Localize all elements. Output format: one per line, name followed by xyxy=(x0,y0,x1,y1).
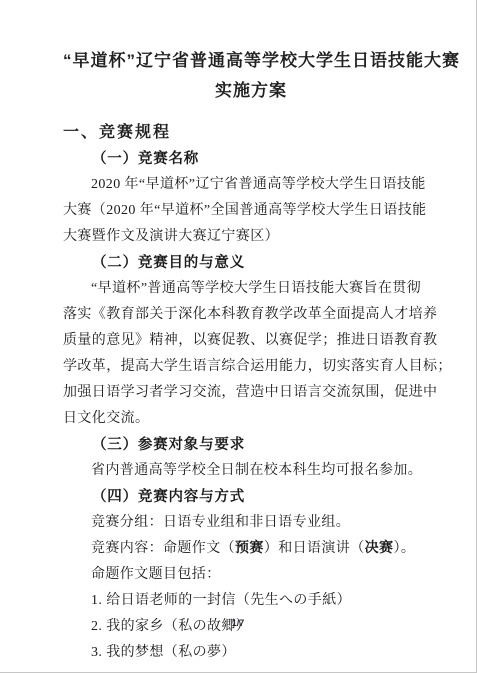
text-line: 1. 给日语老师的一封信（先生への手紙） xyxy=(63,588,439,614)
section-heading: 一、竞赛规程 xyxy=(63,119,439,146)
subsection-heading: （二）竞赛目的与意义 xyxy=(63,250,439,276)
text-line: 加强日语学习者学习交流，营造中日语言交流氛围，促进中 xyxy=(63,380,439,406)
document-page: “早道杯”辽宁省普通高等学校大学生日语技能大赛 实施方案 一、竞赛规程（一）竞赛… xyxy=(0,0,477,673)
page-number: 1/7 xyxy=(232,618,245,628)
subsection-heading: （一）竞赛名称 xyxy=(63,146,439,172)
document-title-line-1: “早道杯”辽宁省普通高等学校大学生日语技能大赛 xyxy=(63,46,439,76)
text-line: 日文化交流。 xyxy=(63,406,439,432)
text-line: 2020 年“早道杯”辽宁省普通高等学校大学生日语技能 xyxy=(63,172,439,198)
text-line: 质量的意见》精神，以赛促教、以赛促学；推进日语教育教 xyxy=(63,328,439,354)
text-line: 竞赛分组：日语专业组和非日语专业组。 xyxy=(63,510,439,536)
text-line: 省内普通高等学校全日制在校本科生均可报名参加。 xyxy=(63,458,439,484)
document-title-line-2: 实施方案 xyxy=(63,76,439,106)
text-line: 学改革，提高大学生语言综合运用能力，切实落实育人目标； xyxy=(63,354,439,380)
text-line: 命题作文题目包括： xyxy=(63,562,439,588)
subsection-heading: （四）竞赛内容与方式 xyxy=(63,484,439,510)
text-line: 落实《教育部关于深化本科教育教学改革全面提高人才培养 xyxy=(63,302,439,328)
document-content: “早道杯”辽宁省普通高等学校大学生日语技能大赛 实施方案 一、竞赛规程（一）竞赛… xyxy=(0,0,476,666)
document-body: 一、竞赛规程（一）竞赛名称2020 年“早道杯”辽宁省普通高等学校大学生日语技能… xyxy=(63,119,439,666)
text-line: 大赛（2020 年“早道杯”全国普通高等学校大学生日语技能 xyxy=(63,198,439,224)
text-line: “早道杯”普通高等学校大学生日语技能大赛旨在贯彻 xyxy=(63,276,439,302)
text-line: 竞赛内容：命题作文（预赛）和日语演讲（决赛）。 xyxy=(63,536,439,562)
text-line: 大赛暨作文及演讲大赛辽宁赛区） xyxy=(63,224,439,250)
text-line: 3. 我的梦想（私の夢） xyxy=(63,640,439,666)
page-footer: 1/7 xyxy=(0,613,476,631)
subsection-heading: （三）参赛对象与要求 xyxy=(63,432,439,458)
